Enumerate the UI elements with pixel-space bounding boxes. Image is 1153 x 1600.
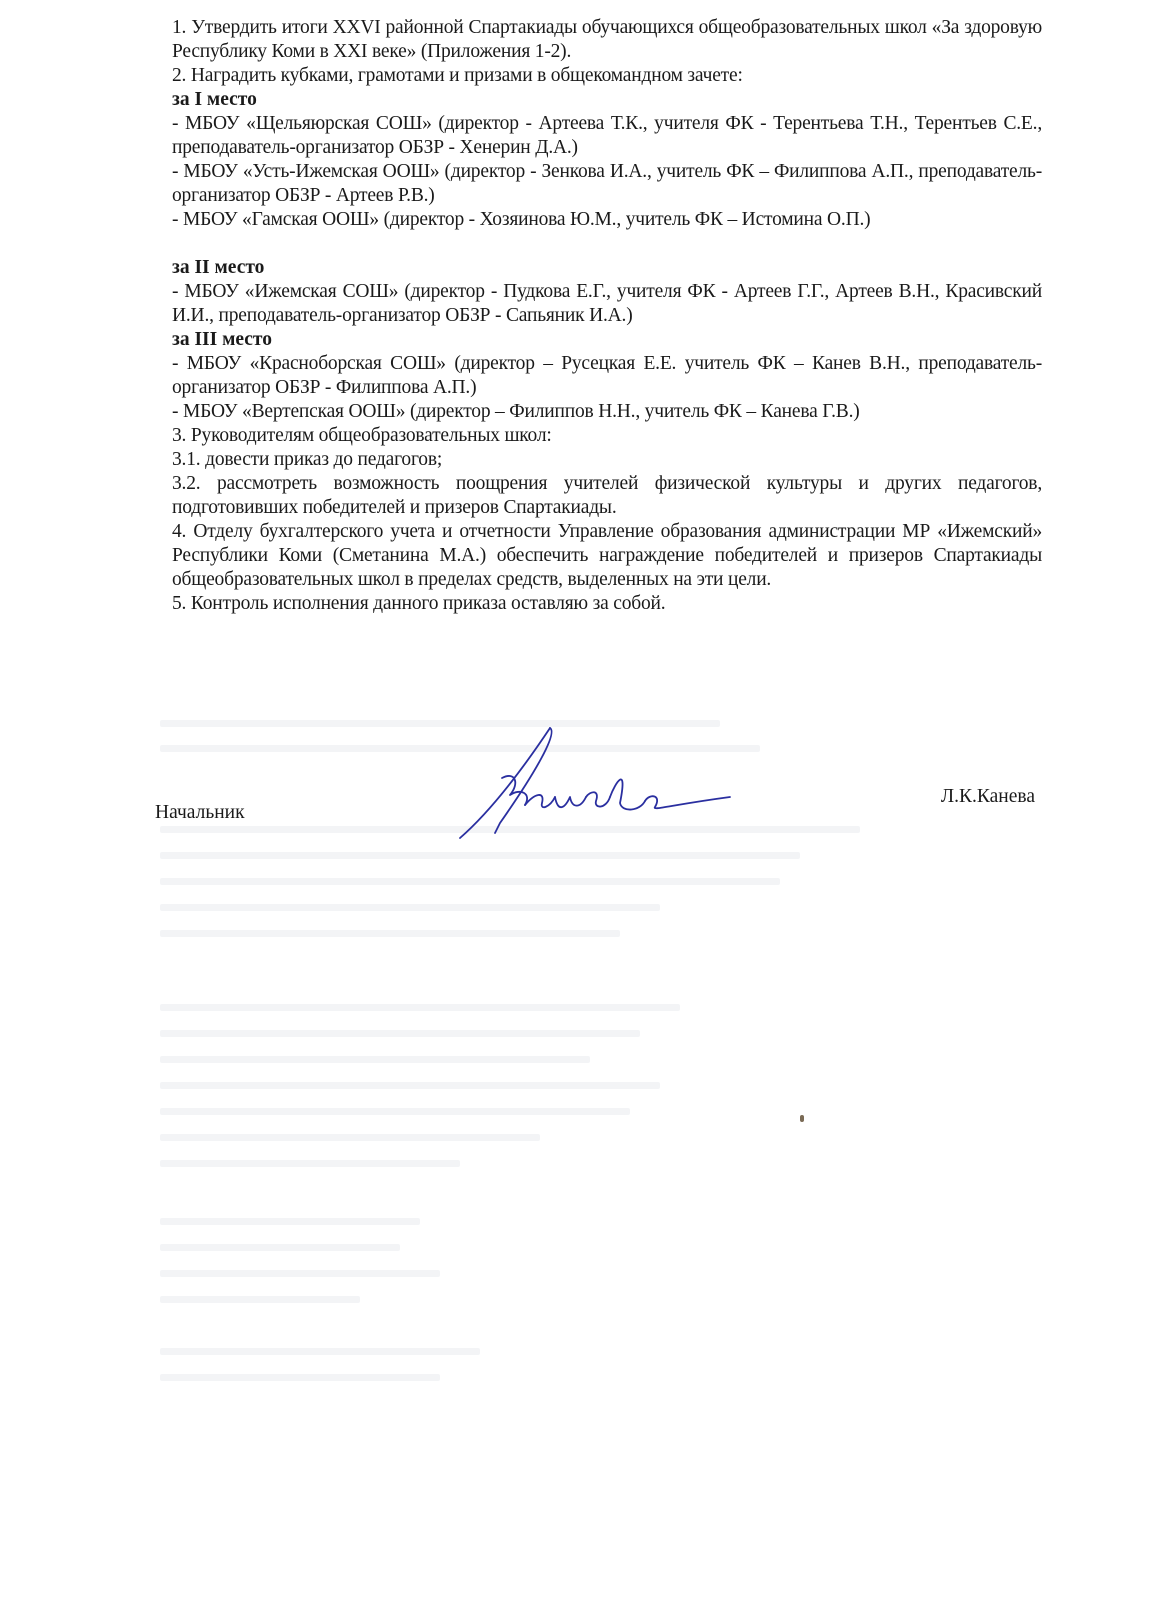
handwritten-signature-icon — [440, 723, 740, 843]
paragraph-2: 2. Наградить кубками, грамотами и призам… — [172, 64, 1042, 88]
place-1-heading: за I место — [172, 88, 1042, 112]
paragraph-5: 5. Контроль исполнения данного приказа о… — [172, 592, 1042, 616]
place-3-entry-2: - МБОУ «Вертепская ООШ» (директор – Фили… — [172, 400, 1042, 424]
paragraph-1: 1. Утвердить итоги XXVI районной Спартак… — [172, 16, 1042, 64]
paragraph-4: 4. Отделу бухгалтерского учета и отчетно… — [172, 520, 1042, 592]
paragraph-3-1: 3.1. довести приказ до педагогов; — [172, 448, 1042, 472]
paragraph-3: 3. Руководителям общеобразовательных шко… — [172, 424, 1042, 448]
signature-block: Начальник Л.К.Канева — [155, 798, 1035, 858]
paragraph-3-2: 3.2. рассмотреть возможность поощрения у… — [172, 472, 1042, 520]
place-1-entry-3: - МБОУ «Гамская ООШ» (директор - Хозяино… — [172, 208, 1042, 232]
paper-speck — [800, 1115, 804, 1122]
place-1-entry-2: - МБОУ «Усть-Ижемская ООШ» (директор - З… — [172, 160, 1042, 208]
signer-title: Начальник — [155, 802, 245, 824]
document-page: 1. Утвердить итоги XXVI районной Спартак… — [0, 0, 1153, 1600]
place-2-entry-1: - МБОУ «Ижемская СОШ» (директор - Пудков… — [172, 280, 1042, 328]
place-3-heading: за III место — [172, 328, 1042, 352]
place-2-heading: за II место — [172, 256, 1042, 280]
place-3-entry-1: - МБОУ «Красноборская СОШ» (директор – Р… — [172, 352, 1042, 400]
place-1-entry-1: - МБОУ «Щельяюрская СОШ» (директор - Арт… — [172, 112, 1042, 160]
signer-name: Л.К.Канева — [941, 786, 1035, 808]
document-body: 1. Утвердить итоги XXVI районной Спартак… — [172, 16, 1042, 616]
